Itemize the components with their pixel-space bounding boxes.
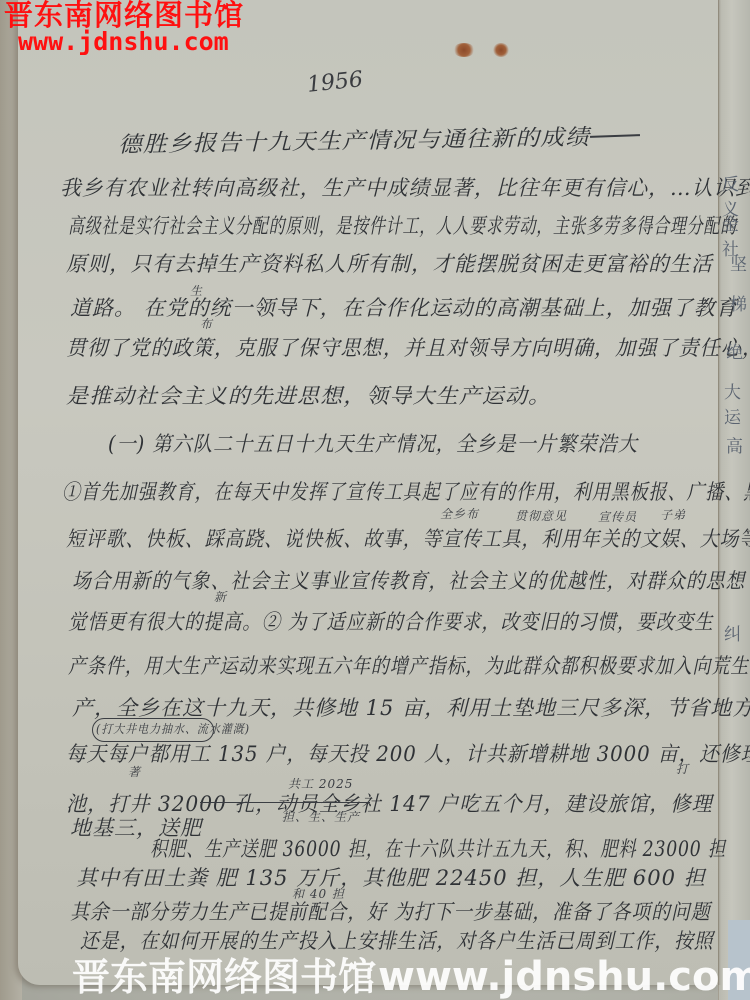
body-line-5: 贯彻了党的政策，克服了保守思想，并且对领导方向明确，加强了责任心， bbox=[66, 332, 750, 362]
section-line-3: 场合用新的气象、社会主义事业宣传教育，社会主义的优越性，对群众的思想 bbox=[72, 565, 745, 595]
body-line-1: 我乡有农业社转向高级社，生产中成绩显著，比往年更有信心，…认识到 bbox=[60, 172, 750, 202]
body-line-4: 道路。 在党的统一领导下，在合作化运动的高潮基础上，加强了教育 bbox=[70, 292, 738, 322]
section-line-10: 积肥、生产送肥 36000 担，在十六队共计五九天，积、肥料 23000 担 bbox=[150, 833, 726, 863]
strike-line bbox=[200, 802, 370, 803]
annotation-below: 布 bbox=[200, 315, 213, 332]
section-line-4: 觉悟更有很大的提高。② 为了适应新的合作要求，改变旧的习惯，要改变生 bbox=[68, 606, 714, 636]
annotation-zhi: 担、生、生产 bbox=[282, 808, 360, 825]
section-line-11: 其中有田土粪 肥 135 万斤，其他肥 22450 担，人生肥 600 担 bbox=[76, 862, 706, 892]
section-line-2: 短评歌、快板、踩高跷、说快板、故事，等宣传工具，利用年关的文娱、大场等，各种 bbox=[66, 523, 750, 553]
watermark-bottom-title: 晋东南网络图书馆 bbox=[72, 955, 376, 999]
annotation-above-1: 全乡布 bbox=[440, 505, 479, 522]
annotation-da: 打 bbox=[676, 760, 689, 777]
section-line-13: 还是，在如何开展的生产投入上安排生活，对各户生活已周到工作，按照 bbox=[80, 925, 714, 955]
margin-note: 高 bbox=[726, 432, 743, 457]
body-line-6: 是推动社会主义的先进思想，领导大生产运动。 bbox=[66, 380, 551, 410]
body-line-3: 原则，只有去掉生产资料私人所有制，才能摆脱贫困走更富裕的生活 bbox=[66, 248, 713, 278]
watermark-top-title: 晋东南网络图书馆 bbox=[4, 0, 244, 30]
watermark-bottom-url: www.jdnshu.com bbox=[378, 954, 750, 1000]
margin-note: 坚 bbox=[730, 250, 747, 275]
margin-note: 纠 bbox=[724, 620, 741, 645]
section-heading: (一) 第六队二十五日十九天生产情况，全乡是一片繁荣浩大 bbox=[108, 428, 638, 458]
section-line-7: 每天每户都用工 135 户，每天投 200 人，计共新增耕地 3000 亩，还修… bbox=[66, 738, 750, 768]
watermark-bottom: 晋东南网络图书馆www.jdnshu.com bbox=[72, 955, 750, 999]
section-line-1: ①首先加强教育，在每天中发挥了宣传工具起了应有的作用，利用黑板报、广播、黑板报 bbox=[62, 476, 750, 506]
body-line-2: 高级社是实行社会主义分配的原则，是按件计工，人人要求劳动，主张多劳多得合理分配的 bbox=[68, 210, 737, 240]
rust-stain bbox=[453, 43, 475, 57]
margin-note: 绝 bbox=[726, 338, 743, 363]
margin-note: 梯 bbox=[730, 290, 747, 315]
annotation-above-2: 贯彻意见 bbox=[515, 507, 567, 524]
circled-annotation-text: (打大井电力抽水、流水灌溉) bbox=[96, 720, 250, 737]
watermark-top-url: www.jdnshu.com bbox=[18, 30, 244, 54]
rust-stain bbox=[493, 43, 509, 57]
annotation-below-sec3: 新 bbox=[214, 588, 227, 605]
annotation-zhu: 著 bbox=[128, 763, 141, 780]
annotation-above-4: 子弟 bbox=[660, 506, 686, 523]
margin-note: 大运 bbox=[724, 378, 750, 428]
section-line-12: 其余一部分劳力生产已提前配合，好 为打下一步基础，准备了各项的问题 bbox=[70, 896, 711, 926]
section-line-5: 产条件，用大生产运动来实现五六年的增产指标，为此群众都积极要求加入向荒生 bbox=[68, 650, 749, 680]
watermark-top: 晋东南网络图书馆 www.jdnshu.com bbox=[4, 0, 244, 54]
